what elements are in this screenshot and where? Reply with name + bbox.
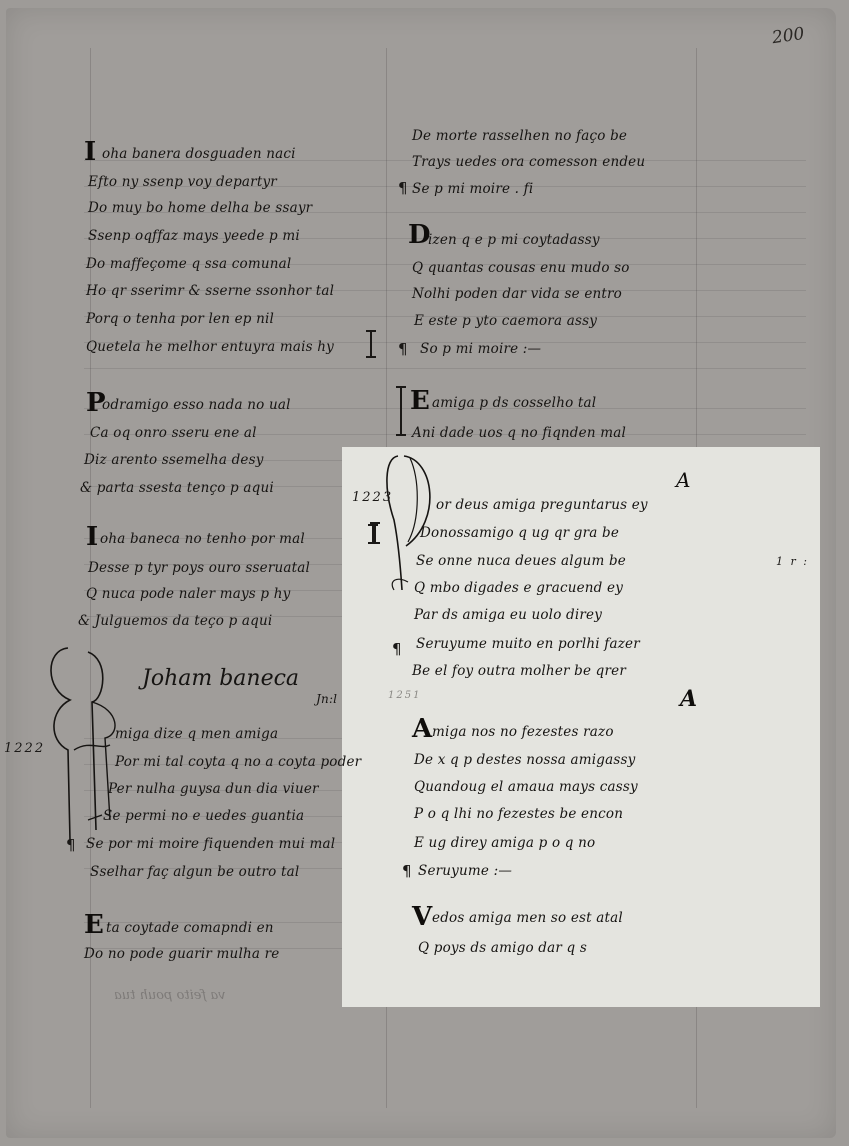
verse-line: Ani dade uos q no fiqnden mal [412,425,626,441]
paragraph-mark: ¶ [398,340,408,358]
verse-line: Quandoug el amaua mays cassy [414,779,638,795]
verse-line: Seruyume muito en porlhi fazer [416,636,640,652]
verse-line: Q quantas cousas enu mudo so [412,260,630,276]
verse-line: edos amiga men so est atal [432,910,623,926]
verse-line: Ca oq onro sseru ene al [90,425,257,441]
verse-line: Par ds amiga eu uolo direy [414,607,602,623]
margin-bracket [400,386,402,436]
ruling-line [84,368,806,369]
margin-mark: A [680,688,697,710]
margin-number: 1222 [4,741,45,756]
drop-initial: A [412,716,432,742]
verse-line: So p mi moire :— [420,341,541,357]
verse-line: Se por mi moire fiquenden mui mal [86,836,335,852]
verse-line: De morte rasselhen no faço be [412,128,627,144]
verse-line: odramigo esso nada no ual [102,397,291,413]
author-heading: Joham baneca [142,666,299,691]
verse-line: Se onne nuca deues algum be [416,553,626,569]
drop-initial: V [412,904,432,930]
verse-line: E ug direy amiga p o q no [414,835,595,851]
verse-line: E este p yto caemora assy [414,313,597,329]
verse-line: Donossamigo q ug qr gra be [420,525,619,541]
verse-line: Q poys ds amigo dar q s [418,940,587,956]
verse-line: Sselhar faç algun be outro tal [90,864,299,880]
verse-line: miga nos no fezestes razo [432,724,614,740]
margin-note: Jn:l [316,692,337,706]
verse-line: De x q p destes nossa amigassy [414,752,635,768]
margin-note: 1251 [388,690,421,701]
verse-line: Porq o tenha por len ep nil [86,311,274,327]
paragraph-mark: ¶ [66,836,76,854]
verse-line: & parta ssesta tenço p aqui [80,480,274,496]
manuscript-scan: 200 I oha banera dosguaden naci Efto ny … [0,0,849,1146]
verse-line: Se permi no e uedes guantia [103,808,304,824]
verse-line: amiga p ds cosselho tal [432,395,596,411]
verse-line: Diz arento ssemelha desy [84,452,264,468]
verse-line: Do maffeçome q ssa comunal [86,256,291,272]
verse-line: Se p mi moire . fi [412,181,533,197]
verse-line: Quetela he melhor entuyra mais hy [86,339,334,355]
margin-note: 1 r : [776,555,809,568]
verse-line: Efto ny ssenp voy departyr [88,174,277,190]
drop-initial: E [84,912,104,938]
verse-line: Seruyume :— [418,863,512,879]
verse-line: Ho qr sserimr & sserne ssonhor tal [86,283,334,299]
verse-line: Por mi tal coyta q no a coyta poder [115,754,361,770]
bleed-through-text: va feito pouh tua [114,988,225,1003]
verse-line: Do no pode guarir mulha re [84,946,279,962]
verse-line: miga dize q men amiga [115,726,278,742]
verse-line: Q mbo digades e gracuend ey [414,580,623,596]
verse-line: Q nuca pode naler mays p hy [86,586,291,602]
verse-line: & Julguemos da teço p aqui [78,613,272,629]
verse-line: P o q lhi no fezestes be encon [414,806,623,822]
verse-line: oha baneca no tenho por mal [100,531,305,547]
drop-initial: I [84,139,96,165]
verse-line: izen q e p mi coytadassy [428,232,600,248]
margin-mark: A [676,470,690,490]
verse-line: Do muy bo home delha be ssayr [88,200,312,216]
margin-bracket [374,522,376,544]
verse-line: or deus amiga preguntarus ey [436,497,648,513]
paragraph-mark: ¶ [398,179,408,197]
paragraph-mark: ¶ [392,640,402,658]
drop-initial: E [410,388,430,414]
drop-initial: I [86,524,98,550]
margin-bracket [370,330,372,358]
verse-line: Nolhi poden dar vida se entro [412,286,622,302]
verse-line: ta coytade comapndi en [106,920,274,936]
verse-line: oha banera dosguaden naci [102,146,296,162]
verse-line: Per nulha guysa dun dia viuer [108,781,319,797]
verse-line: Be el foy outra molher be qrer [412,663,626,679]
paragraph-mark: ¶ [402,862,412,880]
verse-line: Desse p tyr poys ouro sseruatal [88,560,310,576]
verse-line: Trays uedes ora comesson endeu [412,154,645,170]
verse-line: Ssenp oqffaz mays yeede p mi [88,228,300,244]
